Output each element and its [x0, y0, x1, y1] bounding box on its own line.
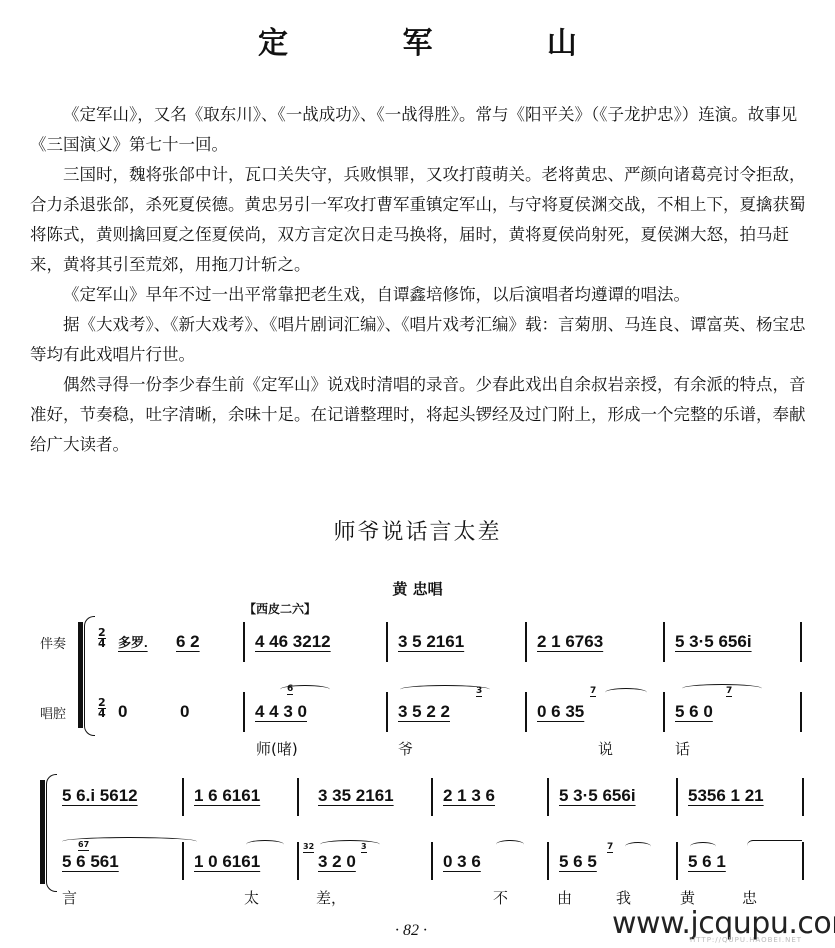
slur — [682, 684, 762, 693]
lyric: 太 — [244, 887, 259, 908]
measure: 5 6 1 — [688, 852, 726, 872]
measure: 1 6 6161 — [194, 786, 260, 806]
measure: 4 4 3 0 — [255, 702, 307, 722]
measure: 3 35 2161 — [318, 786, 394, 806]
lyric: 我 — [616, 887, 631, 908]
lyric: 说 — [598, 738, 613, 759]
barline — [800, 622, 802, 662]
barline — [243, 622, 245, 662]
slur — [625, 842, 651, 851]
lyric: 忠 — [742, 887, 757, 908]
measure: 0 — [180, 702, 189, 722]
barline — [547, 842, 549, 880]
barline — [547, 778, 549, 816]
paragraph-2: 三国时，魏将张郃中计，瓦口关失守，兵败惧罪，又攻打葭萌关。老将黄忠、严颜向诸葛亮… — [30, 160, 812, 280]
barline — [182, 778, 184, 816]
slur — [62, 837, 197, 846]
slur — [400, 685, 490, 694]
singer-credit: 黄 忠唱 — [0, 578, 835, 599]
part-label-vocal: 唱腔 — [40, 703, 66, 722]
barline — [297, 842, 299, 880]
slur — [280, 685, 330, 694]
measure: 5 3·5 656i — [559, 786, 636, 806]
measure: 2 1 6763 — [537, 632, 603, 652]
barline — [800, 692, 802, 732]
measure: 5 6.i 5612 — [62, 786, 138, 806]
lyric: 师(啫) — [256, 738, 298, 759]
barline — [243, 692, 245, 732]
song-title: 师爷说话言太差 — [0, 515, 835, 546]
time-signature: 24 — [98, 628, 106, 649]
measure: 5 3·5 656i — [675, 632, 752, 652]
barline — [676, 842, 678, 880]
system-brace-curve — [84, 616, 95, 736]
measure: 4 46 3212 — [255, 632, 331, 652]
barline — [663, 622, 665, 662]
measure: 0 — [118, 702, 127, 722]
lyric: 由 — [557, 887, 572, 908]
paragraph-5: 偶然寻得一份李少春生前《定军山》说戏时清唱的录音。少春此戏出自余叔岩亲授，有余派… — [30, 370, 812, 460]
slur — [690, 842, 716, 851]
lyric: 爷 — [398, 738, 413, 759]
grace-note: 32 — [303, 842, 314, 853]
barline — [663, 692, 665, 732]
lyric: 言 — [62, 887, 77, 908]
lyric: 差， — [316, 887, 346, 908]
barline — [297, 778, 299, 816]
system-brace — [40, 780, 45, 884]
system-brace — [78, 622, 83, 728]
lyric: 不 — [493, 887, 508, 908]
page-number: · 82 · — [395, 922, 427, 940]
part-label-accompaniment: 伴奏 — [40, 633, 66, 652]
measure: 0 3 6 — [443, 852, 481, 872]
measure: 3 2 0 — [318, 852, 356, 872]
paragraph-4: 据《大戏考》、《新大戏考》、《唱片剧词汇编》、《唱片戏考汇编》载：言菊朋、马连良… — [30, 310, 812, 370]
paragraph-3: 《定军山》早年不过一出平常靠把老生戏，自谭鑫培修饰，以后演唱者均遵谭的唱法。 — [30, 280, 812, 310]
measure: 5 6 561 — [62, 852, 119, 872]
measure: 2 1 3 6 — [443, 786, 495, 806]
slur — [246, 840, 284, 849]
measure: 3 5 2 2 — [398, 702, 450, 722]
grace-note: 7 — [607, 842, 613, 853]
measure: 5 6 5 — [559, 852, 597, 872]
system-brace-curve — [46, 774, 57, 892]
page-title: 定 军 山 — [0, 18, 835, 62]
barline — [525, 692, 527, 732]
barline — [802, 842, 804, 880]
grace-note: 7 — [590, 686, 596, 697]
slur — [320, 840, 380, 849]
measure: 5356 1 21 — [688, 786, 764, 806]
mode-marker: 【西皮二六】 — [244, 600, 316, 617]
time-signature: 24 — [98, 698, 106, 719]
barline — [182, 842, 184, 880]
measure: 0 6 35 — [537, 702, 584, 722]
paragraph-1: 《定军山》，又名《取东川》、《一战成功》、《一战得胜》。常与《阳平关》（《子龙护… — [30, 100, 812, 160]
barline — [676, 778, 678, 816]
lyric: 话 — [675, 738, 690, 759]
barline — [431, 778, 433, 816]
slur — [496, 840, 524, 849]
barline — [386, 622, 388, 662]
slur — [605, 688, 647, 697]
watermark-subtext: HTTP://QUPU.HAOBEI.NET — [690, 936, 802, 944]
measure: 3 5 2161 — [398, 632, 464, 652]
tie — [747, 840, 802, 849]
barline — [386, 692, 388, 732]
intro-text: 《定军山》，又名《取东川》、《一战成功》、《一战得胜》。常与《阳平关》（《子龙护… — [30, 100, 812, 460]
lyric: 黄 — [680, 887, 695, 908]
barline — [525, 622, 527, 662]
measure: 多罗. — [118, 632, 148, 651]
barline — [802, 778, 804, 816]
barline — [431, 842, 433, 880]
measure: 1 0 6161 — [194, 852, 260, 872]
measure: 6 2 — [176, 632, 200, 652]
measure: 5 6 0 — [675, 702, 713, 722]
